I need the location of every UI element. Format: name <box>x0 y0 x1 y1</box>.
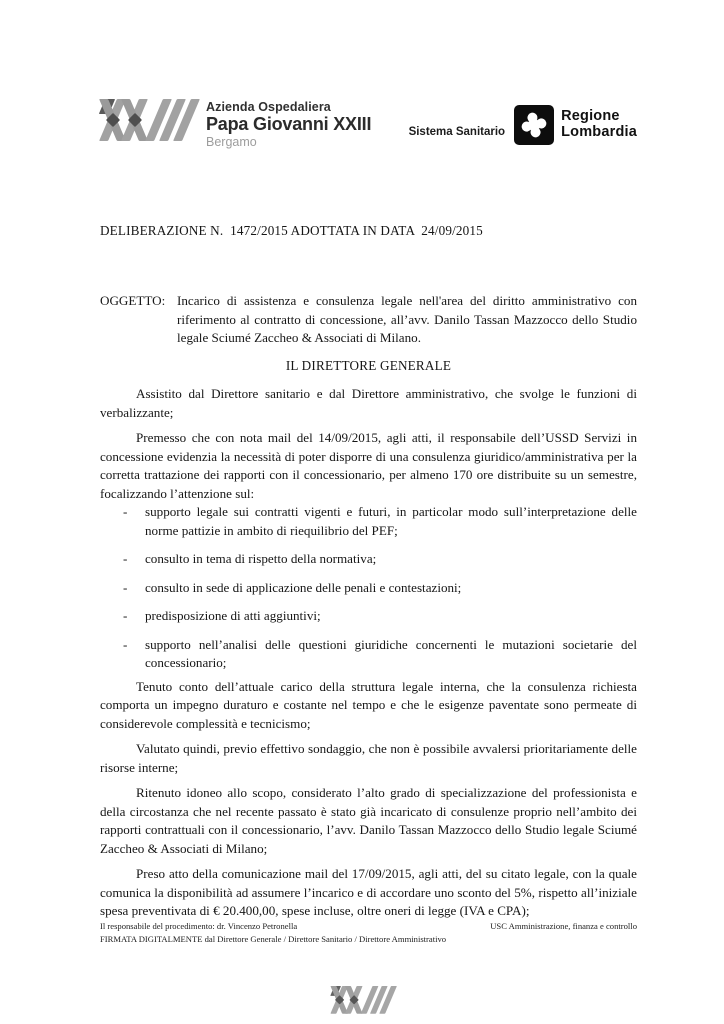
list-item: - consulto in sede di applicazione delle… <box>100 579 637 598</box>
footer-usc: USC Amministrazione, finanza e controllo <box>490 920 637 933</box>
paragraph-premesso: Premesso che con nota mail del 14/09/201… <box>100 429 637 503</box>
footer-firma-digitale: FIRMATA DIGITALMENTE dal Direttore Gener… <box>100 933 637 946</box>
list-item: - consulto in tema di rispetto della nor… <box>100 550 637 569</box>
paragraph-preso-atto: Preso atto della comunicazione mail del … <box>100 865 637 921</box>
list-item: - supporto nell’analisi delle questioni … <box>100 636 637 673</box>
rosa-camuna-icon <box>514 105 554 145</box>
paragraph-valutato: Valutato quindi, previo effettivo sondag… <box>100 740 637 777</box>
page-header: Azienda Ospedaliera Papa Giovanni XXIII … <box>100 95 637 161</box>
regione-label: Regione Lombardia <box>561 109 637 141</box>
regione-line1: Regione <box>561 109 637 125</box>
bullet-marker: - <box>122 636 145 673</box>
footer-responsabile: Il responsabile del procedimento: dr. Vi… <box>100 920 297 933</box>
hospital-logo-stripes-icon <box>100 99 194 141</box>
list-item-text: predisposizione di atti aggiuntivi; <box>145 607 637 626</box>
list-item-text: consulto in sede di applicazione delle p… <box>145 579 637 598</box>
paragraph-assistito: Assistito dal Direttore sanitario e dal … <box>100 385 637 422</box>
subject-label: OGGETTO: <box>100 292 165 311</box>
list-item-text: supporto legale sui contratti vigenti e … <box>145 503 637 540</box>
hospital-name-line1: Azienda Ospedaliera <box>206 100 371 114</box>
subject-text: Incarico di assistenza e consulenza lega… <box>177 292 637 348</box>
hospital-logo: Azienda Ospedaliera Papa Giovanni XXIII … <box>100 99 371 150</box>
bullet-marker: - <box>122 579 145 598</box>
bullet-list: - supporto legale sui contratti vigenti … <box>100 503 637 673</box>
regione-lombardia-logo: Sistema Sanitario Regione Lombardia <box>409 105 637 145</box>
hospital-logo-text: Azienda Ospedaliera Papa Giovanni XXIII … <box>206 99 371 150</box>
page-footer: Il responsabile del procedimento: dr. Vi… <box>100 920 637 945</box>
bullet-marker: - <box>122 503 145 540</box>
bullet-marker: - <box>122 607 145 626</box>
hospital-city: Bergamo <box>206 135 371 150</box>
list-item: - supporto legale sui contratti vigenti … <box>100 503 637 540</box>
sistema-sanitario-label: Sistema Sanitario <box>409 126 506 138</box>
list-item: - predisposizione di atti aggiuntivi; <box>100 607 637 626</box>
section-heading: IL DIRETTORE GENERALE <box>100 358 637 374</box>
deliberation-title: DELIBERAZIONE N. 1472/2015 ADOTTATA IN D… <box>100 223 637 239</box>
list-item-text: supporto nell’analisi delle questioni gi… <box>145 636 637 673</box>
regione-line2: Lombardia <box>561 125 637 141</box>
bullet-marker: - <box>122 550 145 569</box>
document-body: Assistito dal Direttore sanitario e dal … <box>100 385 637 921</box>
hospital-name-line2: Papa Giovanni XXIII <box>206 114 371 135</box>
list-item-text: consulto in tema di rispetto della norma… <box>145 550 637 569</box>
footer-hospital-logo-icon <box>331 986 393 1014</box>
paragraph-tenuto: Tenuto conto dell’attuale carico della s… <box>100 678 637 734</box>
paragraph-ritenuto: Ritenuto idoneo allo scopo, considerato … <box>100 784 637 858</box>
subject-block: OGGETTO: Incarico di assistenza e consul… <box>100 292 637 348</box>
